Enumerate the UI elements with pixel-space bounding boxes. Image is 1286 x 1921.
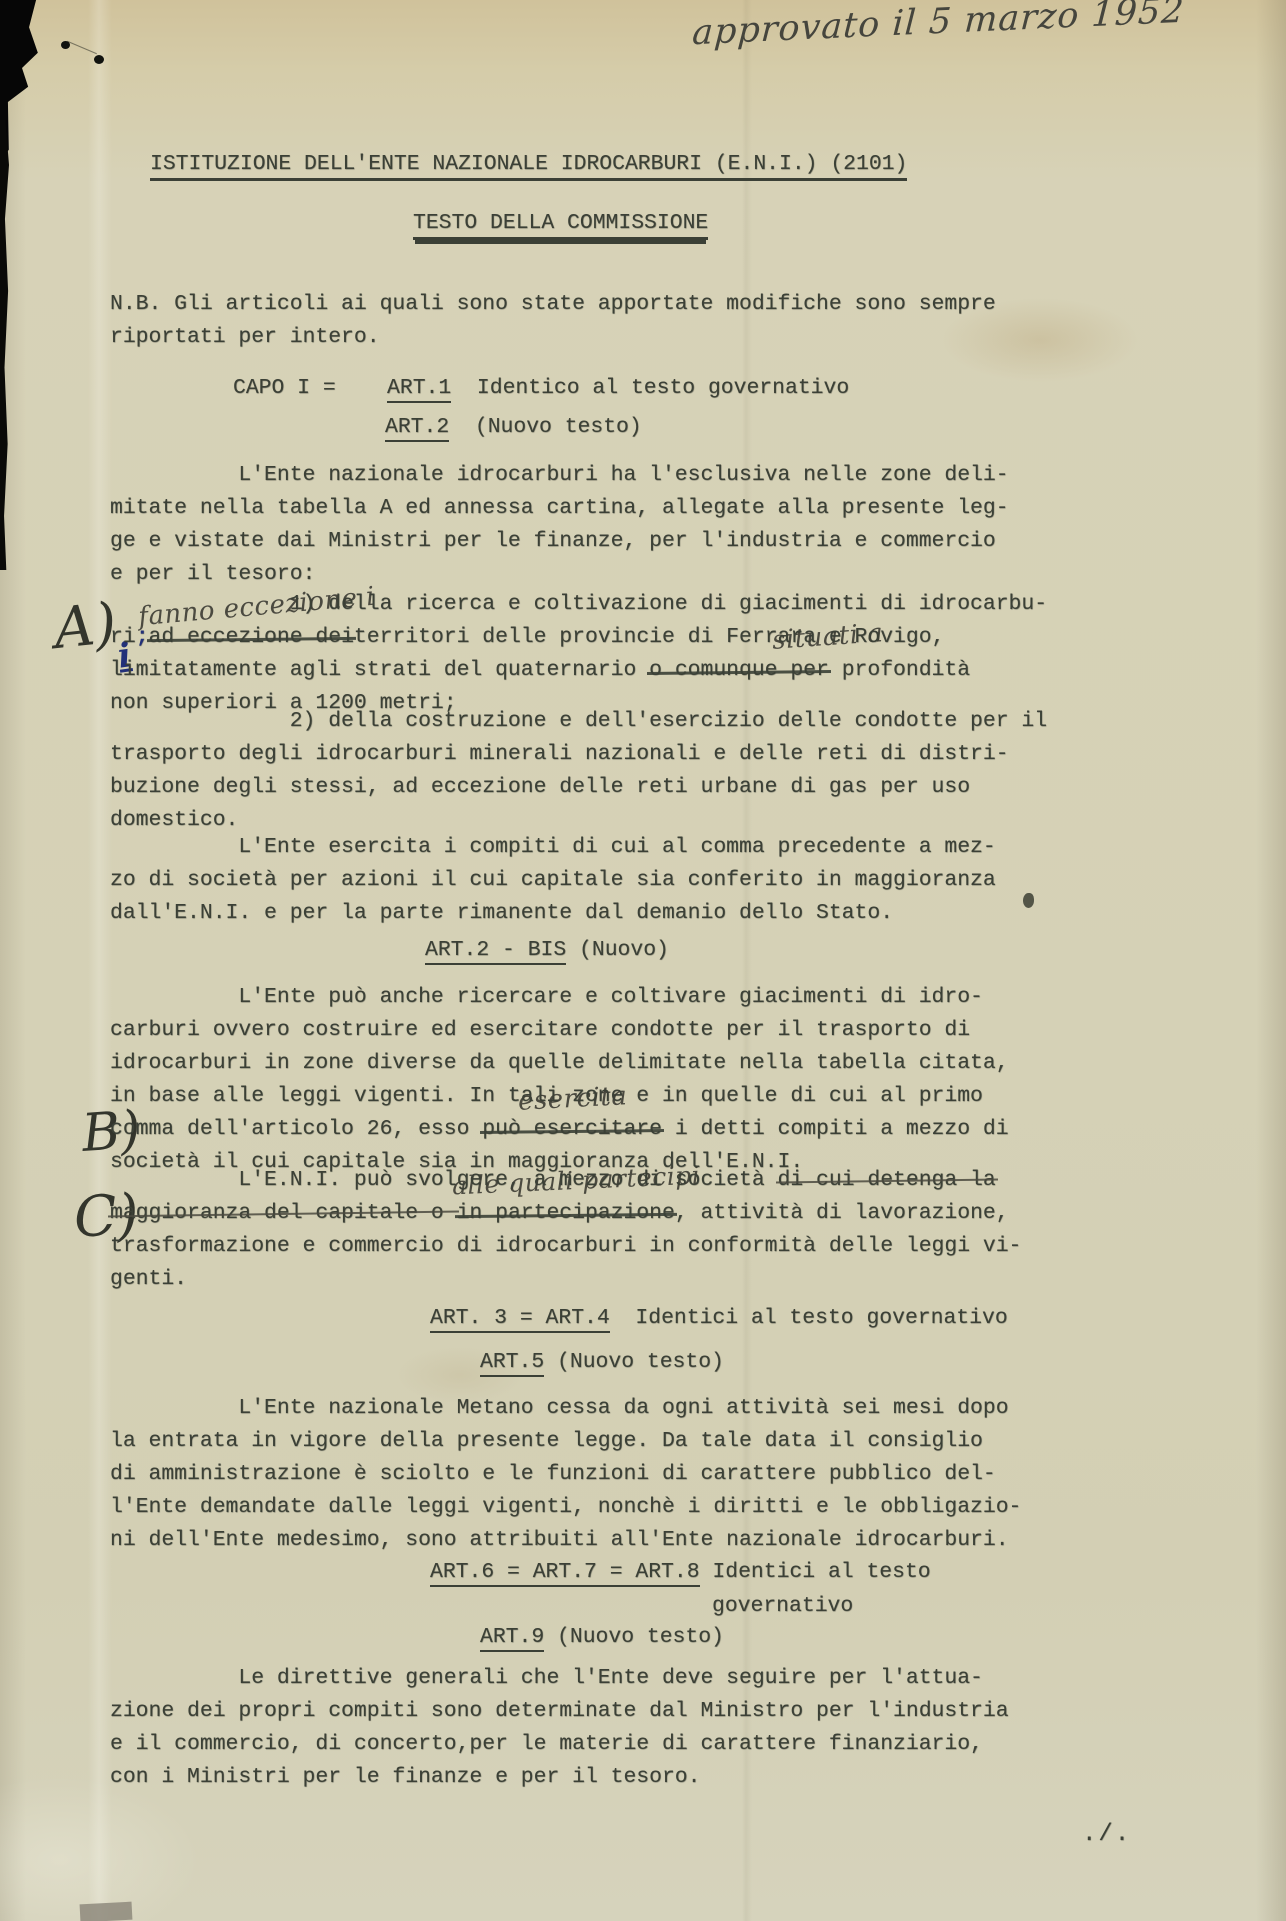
- text-segment: di cui detenga la: [778, 1168, 996, 1192]
- art-9-heading: ART.9 (Nuovo testo): [480, 1621, 724, 1654]
- text-line: idrocarburi in zone diverse da quelle de…: [110, 1047, 1009, 1080]
- text-segment: Identici al testo governativo: [610, 1306, 1008, 1330]
- text-segment: i detti compiti a mezzo di: [662, 1117, 1009, 1141]
- text-segment: ri: [110, 625, 136, 649]
- text-line: maggioranza del capitale o in partecipaz…: [110, 1197, 1021, 1230]
- text-line: l'Ente demandate dalle leggi vigenti, no…: [110, 1491, 1021, 1524]
- text-line: L'Ente nazionale Metano cessa da ogni at…: [110, 1392, 1021, 1425]
- continuation-mark: ./.: [1082, 1818, 1131, 1851]
- art-6-7-8-heading: ART.6 = ART.7 = ART.8 Identici al testo: [430, 1556, 931, 1589]
- text-segment: 2) della costruzione e dell'esercizio de…: [110, 709, 1047, 733]
- text-line: L'E.N.I. può svolgere, a mezzo di societ…: [110, 1164, 1021, 1197]
- ink-hairline: [67, 41, 97, 54]
- text-segment: zo di società per azioni il cui capitale…: [110, 868, 996, 892]
- art-9-paragraph: Le direttive generali che l'Ente deve se…: [110, 1662, 1009, 1794]
- art-2-item-1: 1) della ricerca e coltivazione di giaci…: [110, 588, 1047, 720]
- text-segment: Identici al testo: [700, 1560, 931, 1584]
- text-segment: (Nuovo): [566, 938, 669, 962]
- text-segment: ART. 3 = ART.4: [430, 1306, 610, 1333]
- text-segment: la entrata in vigore della presente legg…: [110, 1429, 983, 1453]
- ink-dot: [94, 55, 104, 64]
- text-segment: Le direttive generali che l'Ente deve se…: [110, 1666, 983, 1690]
- text-segment: può esercitare: [482, 1117, 662, 1141]
- text-segment: L'Ente esercita i compiti di cui al comm…: [110, 835, 996, 859]
- text-line: L'Ente esercita i compiti di cui al comm…: [110, 831, 996, 864]
- text-segment: e per il tesoro:: [110, 562, 315, 586]
- text-segment: L'Ente può anche ricercare e coltivare g…: [110, 985, 983, 1009]
- text-segment: 1) della ricerca e coltivazione di giaci…: [110, 592, 1047, 616]
- text-line: ART.5 (Nuovo testo): [480, 1346, 724, 1379]
- text-line: buzione degli stessi, ad eccezione delle…: [110, 771, 1047, 804]
- text-line: L'Ente può anche ricercare e coltivare g…: [110, 981, 1009, 1014]
- text-segment: L'Ente nazionale Metano cessa da ogni at…: [110, 1396, 1009, 1420]
- art-2-item-2: 2) della costruzione e dell'esercizio de…: [110, 705, 1047, 837]
- text-line: ART.9 (Nuovo testo): [480, 1621, 724, 1654]
- capo-1-heading: CAPO I = ART.1 Identico al testo governa…: [233, 372, 849, 405]
- art-5-heading: ART.5 (Nuovo testo): [480, 1346, 724, 1379]
- text-segment: (Nuovo testo): [449, 415, 642, 439]
- text-line: genti.: [110, 1263, 1021, 1296]
- text-segment: L'Ente nazionale idrocarburi ha l'esclus…: [110, 463, 1009, 487]
- text-segment: trasporto degli idrocarburi minerali naz…: [110, 742, 1009, 766]
- art-2bis-paragraph-1: L'Ente può anche ricercare e coltivare g…: [110, 981, 1009, 1179]
- text-segment: dall'E.N.I. e per la parte rimanente dal…: [110, 901, 893, 925]
- text-segment: ad eccezione dei: [149, 625, 354, 649]
- text-segment: carburi ovvero costruire ed esercitare c…: [110, 1018, 970, 1042]
- text-line: ART. 3 = ART.4 Identici al testo governa…: [430, 1302, 1008, 1335]
- text-segment: in base alle leggi vigenti. In tali zone…: [110, 1084, 983, 1108]
- art-3-4-heading: ART. 3 = ART.4 Identici al testo governa…: [430, 1302, 1008, 1335]
- text-line: in base alle leggi vigenti. In tali zone…: [110, 1080, 1009, 1113]
- text-line: mitate nella tabella A ed annessa cartin…: [110, 492, 1009, 525]
- text-line: L'Ente nazionale idrocarburi ha l'esclus…: [110, 459, 1009, 492]
- text-line: comma dell'articolo 26, esso può esercit…: [110, 1113, 1009, 1146]
- text-line: Le direttive generali che l'Ente deve se…: [110, 1662, 1009, 1695]
- text-segment: in partecipazione: [457, 1201, 675, 1225]
- text-segment: , attività di lavorazione,: [675, 1201, 1009, 1225]
- art-2-closing-paragraph: L'Ente esercita i compiti di cui al comm…: [110, 831, 996, 930]
- text-segment: Identico al testo governativo: [451, 376, 849, 400]
- doc-title-text: ISTITUZIONE DELL'ENTE NAZIONALE IDROCARB…: [150, 152, 907, 181]
- text-line: 2) della costruzione e dell'esercizio de…: [110, 705, 1047, 738]
- text-line: di amministrazione è sciolto e le funzio…: [110, 1458, 1021, 1491]
- text-segment: ;: [136, 625, 149, 649]
- art-2-paragraph: L'Ente nazionale idrocarburi ha l'esclus…: [110, 459, 1009, 591]
- right-margin-ink-mark: [1023, 893, 1034, 908]
- text-line: 1) della ricerca e coltivazione di giaci…: [110, 588, 1047, 621]
- text-line: limitatamente agli strati del quaternari…: [110, 654, 1047, 687]
- text-line: zo di società per azioni il cui capitale…: [110, 864, 996, 897]
- approval-note-handwriting: approvato il 5 marzo 1952: [691, 0, 1186, 53]
- text-segment: zione dei propri compiti sono determinat…: [110, 1699, 1009, 1723]
- text-line: ART.2 (Nuovo testo): [385, 411, 642, 444]
- text-segment: ART.6 = ART.7 = ART.8: [430, 1560, 700, 1587]
- text-segment: comma dell'articolo 26, esso: [110, 1117, 482, 1141]
- text-segment: riportati per intero.: [110, 325, 380, 349]
- text-segment: ge e vistate dai Ministri per le finanze…: [110, 529, 996, 553]
- doc-subtitle-text: TESTO DELLA COMMISSIONE: [413, 211, 708, 240]
- text-segment: L'E.N.I. può svolgere, a mezzo di societ…: [110, 1168, 778, 1192]
- text-line: riportati per intero.: [110, 321, 996, 354]
- text-segment: ART.5: [480, 1350, 544, 1377]
- text-line: CAPO I = ART.1 Identico al testo governa…: [233, 372, 849, 405]
- text-segment: (Nuovo testo): [544, 1625, 724, 1649]
- text-segment: (Nuovo testo): [544, 1350, 724, 1374]
- text-line: e il commercio, di concerto,per le mater…: [110, 1728, 1009, 1761]
- document-page: approvato il 5 marzo 1952 A) B) C) i fan…: [0, 0, 1286, 1921]
- text-segment: maggioranza del capitale o: [110, 1201, 457, 1225]
- art-6-7-8-heading-continuation: governativo: [712, 1590, 853, 1623]
- text-line: ART.6 = ART.7 = ART.8 Identici al testo: [430, 1556, 931, 1589]
- text-segment: ART.9: [480, 1625, 544, 1652]
- text-line: ge e vistate dai Ministri per le finanze…: [110, 525, 1009, 558]
- nb-note: N.B. Gli articoli ai quali sono state ap…: [110, 288, 996, 354]
- text-segment: ni dell'Ente medesimo, sono attribuiti a…: [110, 1528, 1009, 1552]
- text-segment: mitate nella tabella A ed annessa cartin…: [110, 496, 1009, 520]
- text-line: con i Ministri per le finanze e per il t…: [110, 1761, 1009, 1794]
- text-line: ri;ad eccezione deiterritori delle provi…: [110, 621, 1047, 654]
- text-line: ART.2 - BIS (Nuovo): [425, 934, 669, 967]
- text-segment: domestico.: [110, 808, 238, 832]
- text-line: zione dei propri compiti sono determinat…: [110, 1695, 1009, 1728]
- text-segment: trasformazione e commercio di idrocarbur…: [110, 1234, 1021, 1258]
- text-line: trasformazione e commercio di idrocarbur…: [110, 1230, 1021, 1263]
- text-segment: buzione degli stessi, ad eccezione delle…: [110, 775, 970, 799]
- art-2bis-heading: ART.2 - BIS (Nuovo): [425, 934, 669, 967]
- text-segment: e il commercio, di concerto,per le mater…: [110, 1732, 983, 1756]
- art-5-paragraph: L'Ente nazionale Metano cessa da ogni at…: [110, 1392, 1021, 1557]
- text-line: ni dell'Ente medesimo, sono attribuiti a…: [110, 1524, 1021, 1557]
- text-segment: o comunque per: [649, 658, 829, 682]
- text-segment: governativo: [712, 1594, 853, 1618]
- text-segment: l'Ente demandate dalle leggi vigenti, no…: [110, 1495, 1021, 1519]
- text-line: la entrata in vigore della presente legg…: [110, 1425, 1021, 1458]
- text-segment: ART.1: [387, 376, 451, 403]
- text-line: governativo: [712, 1590, 853, 1623]
- text-segment: CAPO I =: [233, 376, 387, 400]
- text-segment: genti.: [110, 1267, 187, 1291]
- text-line: trasporto degli idrocarburi minerali naz…: [110, 738, 1047, 771]
- bottom-edge-artifact: [80, 1902, 133, 1921]
- text-segment: ART.2 - BIS: [425, 938, 566, 965]
- doc-subtitle: TESTO DELLA COMMISSIONE: [413, 207, 708, 240]
- text-segment: con i Ministri per le finanze e per il t…: [110, 1765, 700, 1789]
- text-segment: di amministrazione è sciolto e le funzio…: [110, 1462, 996, 1486]
- text-line: carburi ovvero costruire ed esercitare c…: [110, 1014, 1009, 1047]
- text-line: dall'E.N.I. e per la parte rimanente dal…: [110, 897, 996, 930]
- text-segment: territori delle provincie di Ferrara e R…: [354, 625, 944, 649]
- art-2-heading: ART.2 (Nuovo testo): [385, 411, 642, 444]
- left-edge-artifact: [0, 120, 9, 570]
- text-line: e per il tesoro:: [110, 558, 1009, 591]
- text-segment: limitatamente agli strati del quaternari…: [110, 658, 649, 682]
- text-segment: profondità: [829, 658, 970, 682]
- art-2bis-paragraph-2: L'E.N.I. può svolgere, a mezzo di societ…: [110, 1164, 1021, 1296]
- text-line: N.B. Gli articoli ai quali sono state ap…: [110, 288, 996, 321]
- text-segment: N.B. Gli articoli ai quali sono state ap…: [110, 292, 996, 316]
- doc-title: ISTITUZIONE DELL'ENTE NAZIONALE IDROCARB…: [150, 148, 907, 181]
- text-segment: idrocarburi in zone diverse da quelle de…: [110, 1051, 1009, 1075]
- text-segment: ART.2: [385, 415, 449, 442]
